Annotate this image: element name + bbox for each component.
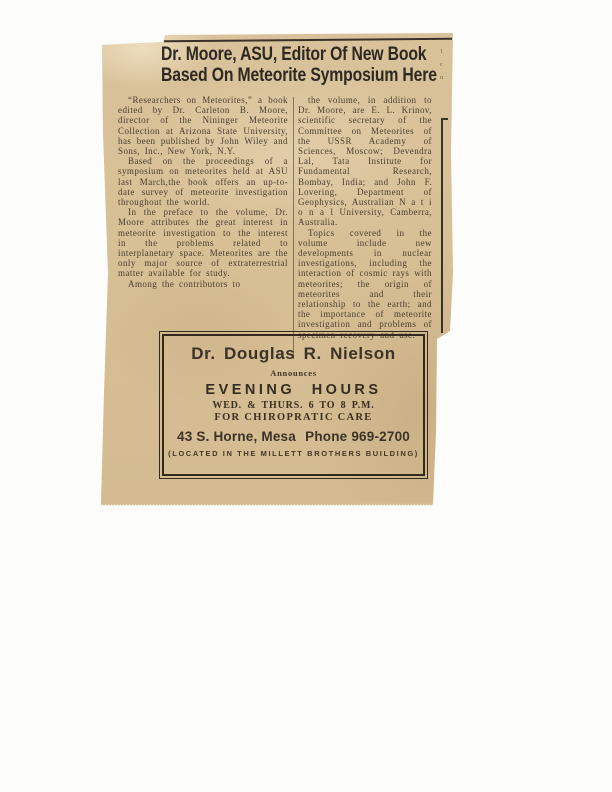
ad-schedule-line: WED. & THURS. 6 TO 8 P.M. — [164, 400, 423, 411]
ad-address: 43 S. Horne, Mesa — [177, 429, 296, 444]
ad-care-line: FOR CHIROPRATIC CARE — [164, 412, 423, 423]
article-left-column: “Researchers on Meteorites,” a book edit… — [118, 95, 288, 359]
article-paragraph: Based on the proceedings of a symposium … — [118, 156, 288, 207]
headline-line-1: Dr. Moore, ASU, Editor Of New Book — [161, 45, 426, 66]
ad-box: Dr. Douglas R. Nielson Announces EVENING… — [159, 331, 428, 479]
ad-evening-hours-title: EVENING HOURS — [164, 382, 423, 398]
article-paragraph: Topics covered in the volume include new… — [298, 228, 432, 340]
perforated-bottom-edge — [101, 502, 433, 506]
ad-location-note: (LOCATED IN THE MILLETT BROTHERS BUILDIN… — [164, 449, 423, 458]
article-right-column: the volume, in addition to Dr. Moore, ar… — [298, 95, 432, 359]
article-paragraph: In the preface to the volume, Dr. Moore … — [118, 207, 288, 278]
column-divider-rule — [293, 97, 294, 359]
scanned-page: Dr. Moore, ASU, Editor Of New Book Based… — [0, 0, 612, 792]
article-paragraph: “Researchers on Meteorites,” a book edit… — [118, 95, 288, 156]
newspaper-clipping: Dr. Moore, ASU, Editor Of New Book Based… — [100, 33, 454, 513]
ad-announces-label: Announces — [164, 368, 423, 378]
ad-phone: Phone 969-2700 — [305, 429, 410, 444]
headline-line-2: Based On Meteorite Symposium Here — [161, 66, 437, 87]
article-paragraph: Among the contributors to — [118, 279, 288, 289]
torn-edge-text-fragments: 1 c n — [440, 45, 446, 84]
ad-doctor-name: Dr. Douglas R. Nielson — [164, 344, 423, 364]
ad-box-inner-border: Dr. Douglas R. Nielson Announces EVENING… — [162, 334, 425, 476]
headline: Dr. Moore, ASU, Editor Of New Book Based… — [161, 45, 453, 86]
ad-contact-row: 43 S. Horne, Mesa Phone 969-2700 — [164, 429, 423, 444]
article-paragraph: the volume, in addition to Dr. Moore, ar… — [298, 95, 432, 228]
right-edge-column-rule-cap — [441, 118, 448, 120]
article-columns: “Researchers on Meteorites,” a book edit… — [118, 95, 432, 359]
right-edge-column-rule — [441, 118, 443, 333]
